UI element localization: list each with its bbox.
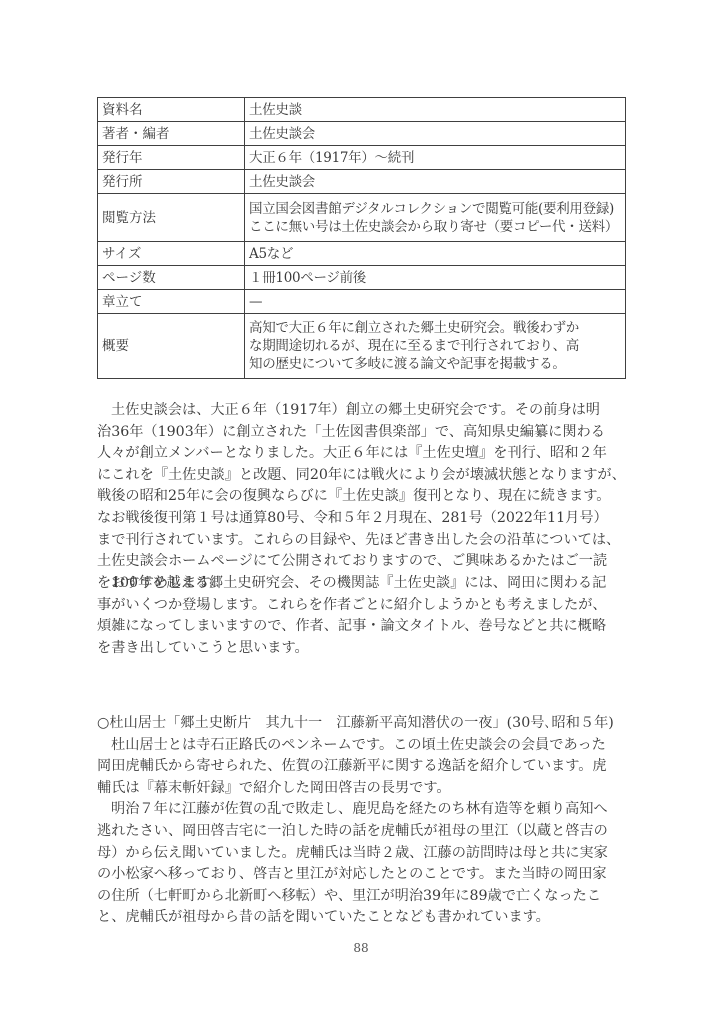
- row-value: 土佐史談: [245, 98, 626, 122]
- row-value: —: [245, 290, 626, 314]
- row-value: １冊100ページ前後: [245, 266, 626, 290]
- row-label: サイズ: [98, 242, 245, 266]
- row-value: 国立国会図書館デジタルコレクションで閲覧可能(要利用登録) ここに無い号は土佐史…: [245, 194, 626, 242]
- table-row: 発行所 土佐史談会: [98, 170, 626, 194]
- table-row: ページ数 １冊100ページ前後: [98, 266, 626, 290]
- table-row: サイズ A5など: [98, 242, 626, 266]
- table-row: 資料名 土佐史談: [98, 98, 626, 122]
- row-value: A5など: [245, 242, 626, 266]
- row-value: 高知で大正６年に創立された郷土史研究会。戦後わずか な期間途切れるが、現在に至る…: [245, 314, 626, 379]
- row-value: 大正６年（1917年）～続刊: [245, 146, 626, 170]
- row-label: 発行年: [98, 146, 245, 170]
- row-label: ページ数: [98, 266, 245, 290]
- row-label: 著者・編者: [98, 122, 245, 146]
- document-page: 資料名 土佐史談 著者・編者 土佐史談会 発行年 大正６年（1917年）～続刊 …: [0, 0, 722, 1024]
- section-heading: ○杜山居士「郷土史断片 其九十一 江藤新平高知潜伏の一夜」(30号､昭和５年): [97, 713, 626, 735]
- second-paragraph: 100年を越える郷土史研究会、その機関誌『土佐史談』には、岡田に関わる記 事がい…: [97, 573, 626, 659]
- row-label: 章立て: [98, 290, 245, 314]
- row-value: 土佐史談会: [245, 170, 626, 194]
- intro-paragraph: 土佐史談会は、大正６年（1917年）創立の郷土史研究会です。その前身は明 治36…: [97, 400, 626, 594]
- row-label: 資料名: [98, 98, 245, 122]
- bibliographic-info-table: 資料名 土佐史談 著者・編者 土佐史談会 発行年 大正６年（1917年）～続刊 …: [97, 97, 626, 379]
- table-row: 発行年 大正６年（1917年）～続刊: [98, 146, 626, 170]
- article-section: ○杜山居士「郷土史断片 其九十一 江藤新平高知潜伏の一夜」(30号､昭和５年) …: [97, 713, 626, 929]
- row-label: 発行所: [98, 170, 245, 194]
- row-label: 閲覧方法: [98, 194, 245, 242]
- page-number: 88: [0, 941, 722, 955]
- table-row: 著者・編者 土佐史談会: [98, 122, 626, 146]
- table-row: 章立て —: [98, 290, 626, 314]
- table-row: 閲覧方法 国立国会図書館デジタルコレクションで閲覧可能(要利用登録) ここに無い…: [98, 194, 626, 242]
- row-value: 土佐史談会: [245, 122, 626, 146]
- table-row: 概要 高知で大正６年に創立された郷土史研究会。戦後わずか な期間途切れるが、現在…: [98, 314, 626, 379]
- row-label: 概要: [98, 314, 245, 379]
